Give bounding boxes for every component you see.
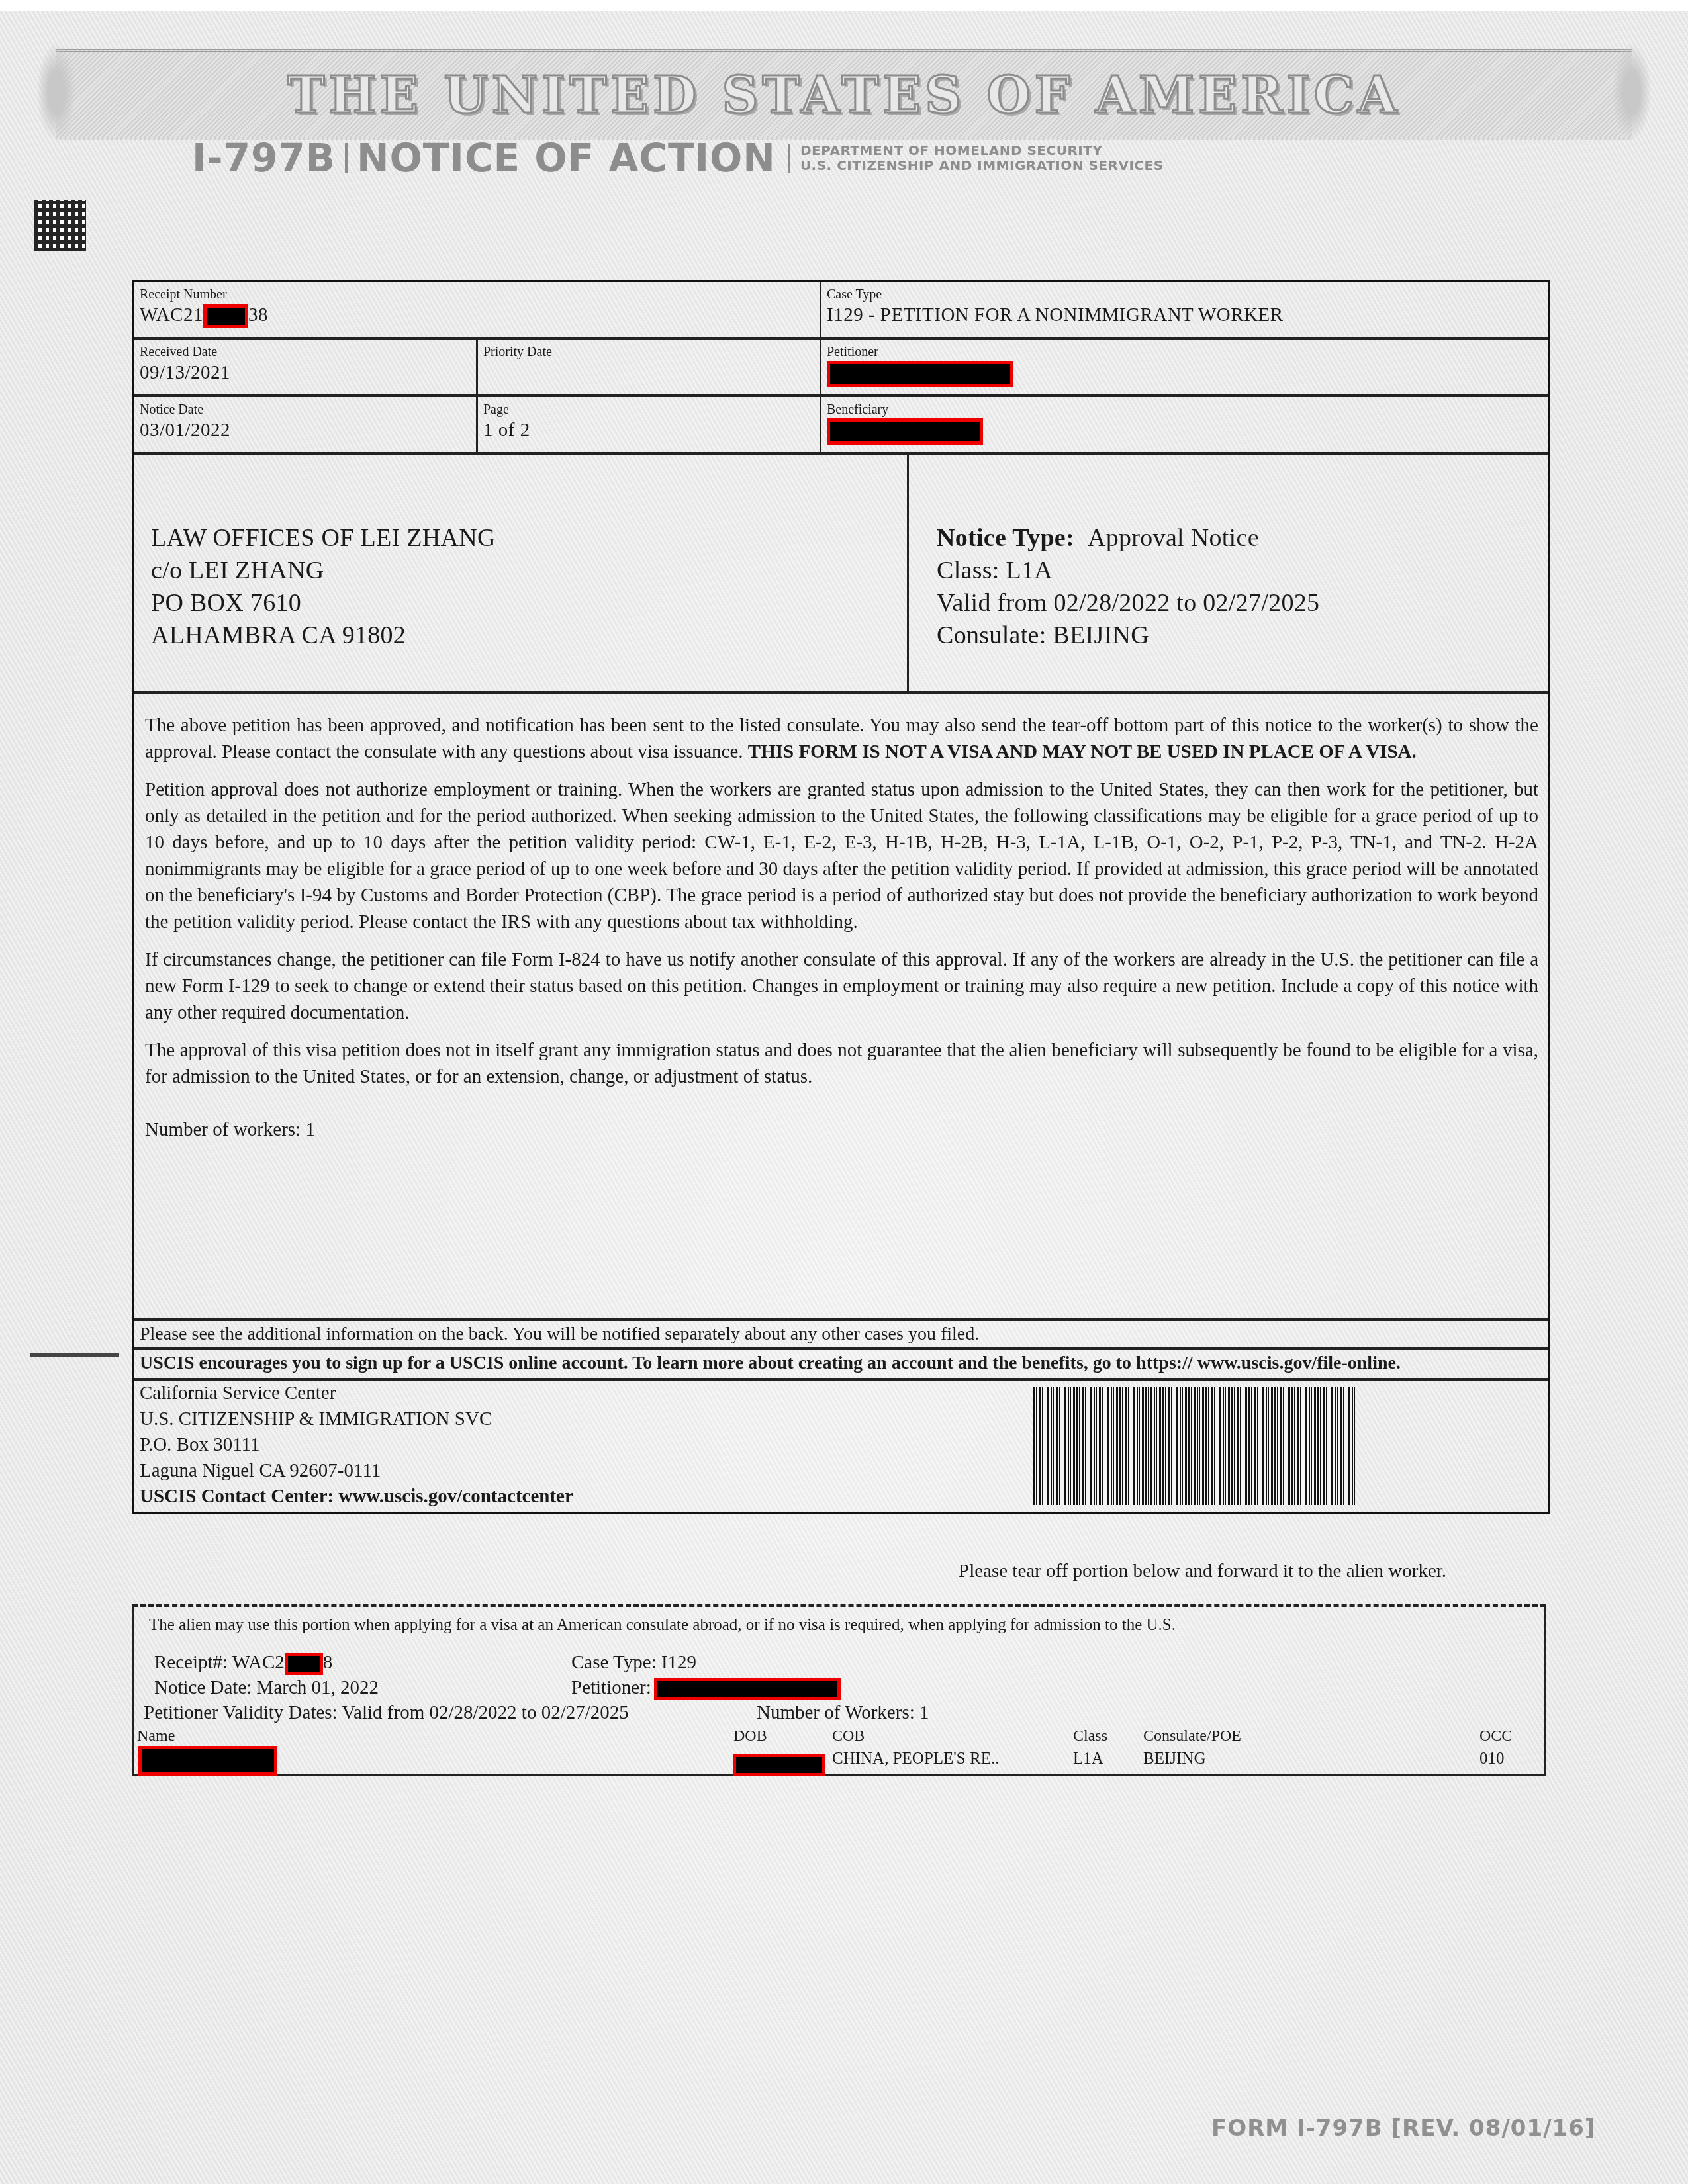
additional-info-note: Please see the additional information on…	[134, 1321, 1548, 1350]
address-notice-row: LAW OFFICES OF LEI ZHANG c/o LEI ZHANG P…	[134, 455, 1548, 694]
notice-consulate: Consulate: BEIJING	[937, 619, 1319, 652]
tear-off-petitioner: Petitioner:	[571, 1677, 841, 1700]
body-paragraph-1: The above petition has been approved, an…	[145, 712, 1538, 765]
notice-form: Receipt Number WAC2138 Case Type I129 - …	[132, 280, 1550, 1514]
page-cell: Page 1 of 2	[478, 397, 821, 452]
form-title: NOTICE OF ACTION	[357, 136, 776, 181]
receipt-number-value: WAC2138	[140, 303, 814, 328]
notice-date-value: 03/01/2022	[140, 418, 471, 442]
notice-body: The above petition has been approved, an…	[134, 694, 1548, 1321]
beneficiary-redaction	[827, 418, 983, 445]
received-date-value: 09/13/2021	[140, 361, 471, 385]
redaction	[203, 304, 248, 328]
occ-value: 010	[1479, 1750, 1505, 1768]
scan-mark	[30, 1353, 119, 1357]
banner-title: THE UNITED STATES OF AMERICA	[287, 66, 1401, 124]
scan-margin	[0, 0, 1688, 11]
case-type-value: I129 - PETITION FOR A NONIMMIGRANT WORKE…	[827, 303, 1542, 327]
tear-off-validity: Petitioner Validity Dates: Valid from 02…	[144, 1702, 629, 1724]
received-date-label: Received Date	[140, 345, 471, 359]
address-line: ALHAMBRA CA 91802	[151, 619, 907, 652]
col-class: Class	[1073, 1727, 1107, 1745]
tear-off-case-type: Case Type: I129	[571, 1652, 696, 1674]
redaction	[654, 1678, 841, 1700]
mailing-address: LAW OFFICES OF LEI ZHANG c/o LEI ZHANG P…	[134, 455, 909, 691]
agency-line-1: DEPARTMENT OF HOMELAND SECURITY	[800, 143, 1164, 158]
col-occ: OCC	[1479, 1727, 1512, 1745]
petitioner-cell: Petitioner	[821, 340, 1548, 394]
tear-off-instruction: Please tear off portion below and forwar…	[959, 1561, 1446, 1582]
banner: THE UNITED STATES OF AMERICA	[56, 49, 1632, 140]
agency-name: DEPARTMENT OF HOMELAND SECURITY U.S. CIT…	[800, 143, 1164, 173]
petitioner-redaction	[827, 361, 1013, 387]
col-consulate: Consulate/POE	[1143, 1727, 1241, 1745]
case-type-label: Case Type	[827, 287, 1542, 302]
priority-date-cell: Priority Date	[478, 340, 821, 394]
address-line: c/o LEI ZHANG	[151, 555, 907, 587]
tear-off-receipt: Receipt#: WAC28	[154, 1652, 332, 1675]
notice-details: Notice Type:Approval Notice Class: L1A V…	[909, 455, 1319, 691]
col-name: Name	[137, 1727, 175, 1745]
body-paragraph-4: The approval of this visa petition does …	[145, 1037, 1538, 1090]
notice-validity: Valid from 02/28/2022 to 02/27/2025	[937, 587, 1319, 619]
online-account-notice: USCIS encourages you to sign up for a US…	[134, 1350, 1548, 1381]
form-number: I-797B	[192, 136, 336, 181]
tear-off-section: The alien may use this portion when appl…	[132, 1604, 1546, 1776]
divider	[788, 144, 790, 173]
notice-class: Class: L1A	[937, 555, 1319, 587]
tear-off-notice-date: Notice Date: March 01, 2022	[154, 1677, 379, 1699]
received-date-cell: Received Date 09/13/2021	[134, 340, 478, 394]
service-center: California Service Center U.S. CITIZENSH…	[134, 1381, 1548, 1512]
receipt-number-cell: Receipt Number WAC2138	[134, 282, 821, 337]
qr-code-icon	[34, 200, 86, 251]
case-type-cell: Case Type I129 - PETITION FOR A NONIMMIG…	[821, 282, 1548, 337]
page-value: 1 of 2	[483, 418, 814, 442]
beneficiary-cell: Beneficiary	[821, 397, 1548, 452]
consulate-value: BEIJING	[1143, 1750, 1205, 1768]
dob-redaction	[733, 1754, 825, 1776]
class-value: L1A	[1073, 1750, 1103, 1768]
case-row-1: Receipt Number WAC2138 Case Type I129 - …	[134, 282, 1548, 340]
form-header: I-797B NOTICE OF ACTION DEPARTMENT OF HO…	[192, 136, 1164, 181]
priority-date-label: Priority Date	[483, 345, 814, 359]
barcode-icon	[1033, 1387, 1355, 1505]
beneficiary-label: Beneficiary	[827, 402, 1542, 417]
number-of-workers: Number of workers: 1	[145, 1119, 1538, 1141]
cob-value: CHINA, PEOPLE'S RE..	[832, 1750, 999, 1768]
notice-date-cell: Notice Date 03/01/2022	[134, 397, 478, 452]
name-redaction	[138, 1746, 277, 1776]
notice-date-label: Notice Date	[140, 402, 471, 417]
col-cob: COB	[832, 1727, 865, 1745]
divider	[345, 143, 348, 173]
address-line: PO BOX 7610	[151, 587, 907, 619]
case-row-2: Received Date 09/13/2021 Priority Date P…	[134, 340, 1548, 397]
tear-off-workers: Number of Workers: 1	[757, 1702, 929, 1724]
tear-off-intro: The alien may use this portion when appl…	[149, 1616, 1176, 1635]
col-dob: DOB	[733, 1727, 767, 1745]
agency-line-2: U.S. CITIZENSHIP AND IMMIGRATION SERVICE…	[800, 158, 1164, 173]
petitioner-label: Petitioner	[827, 345, 1542, 359]
redaction	[285, 1653, 323, 1675]
case-row-3: Notice Date 03/01/2022 Page 1 of 2 Benef…	[134, 397, 1548, 455]
address-line: LAW OFFICES OF LEI ZHANG	[151, 522, 907, 555]
body-paragraph-2: Petition approval does not authorize emp…	[145, 776, 1538, 935]
body-paragraph-3: If circumstances change, the petitioner …	[145, 946, 1538, 1026]
page-label: Page	[483, 402, 814, 417]
notice-type: Notice Type:Approval Notice	[937, 522, 1319, 555]
form-revision: FORM I-797B [REV. 08/01/16]	[1211, 2115, 1595, 2142]
receipt-number-label: Receipt Number	[140, 287, 814, 302]
